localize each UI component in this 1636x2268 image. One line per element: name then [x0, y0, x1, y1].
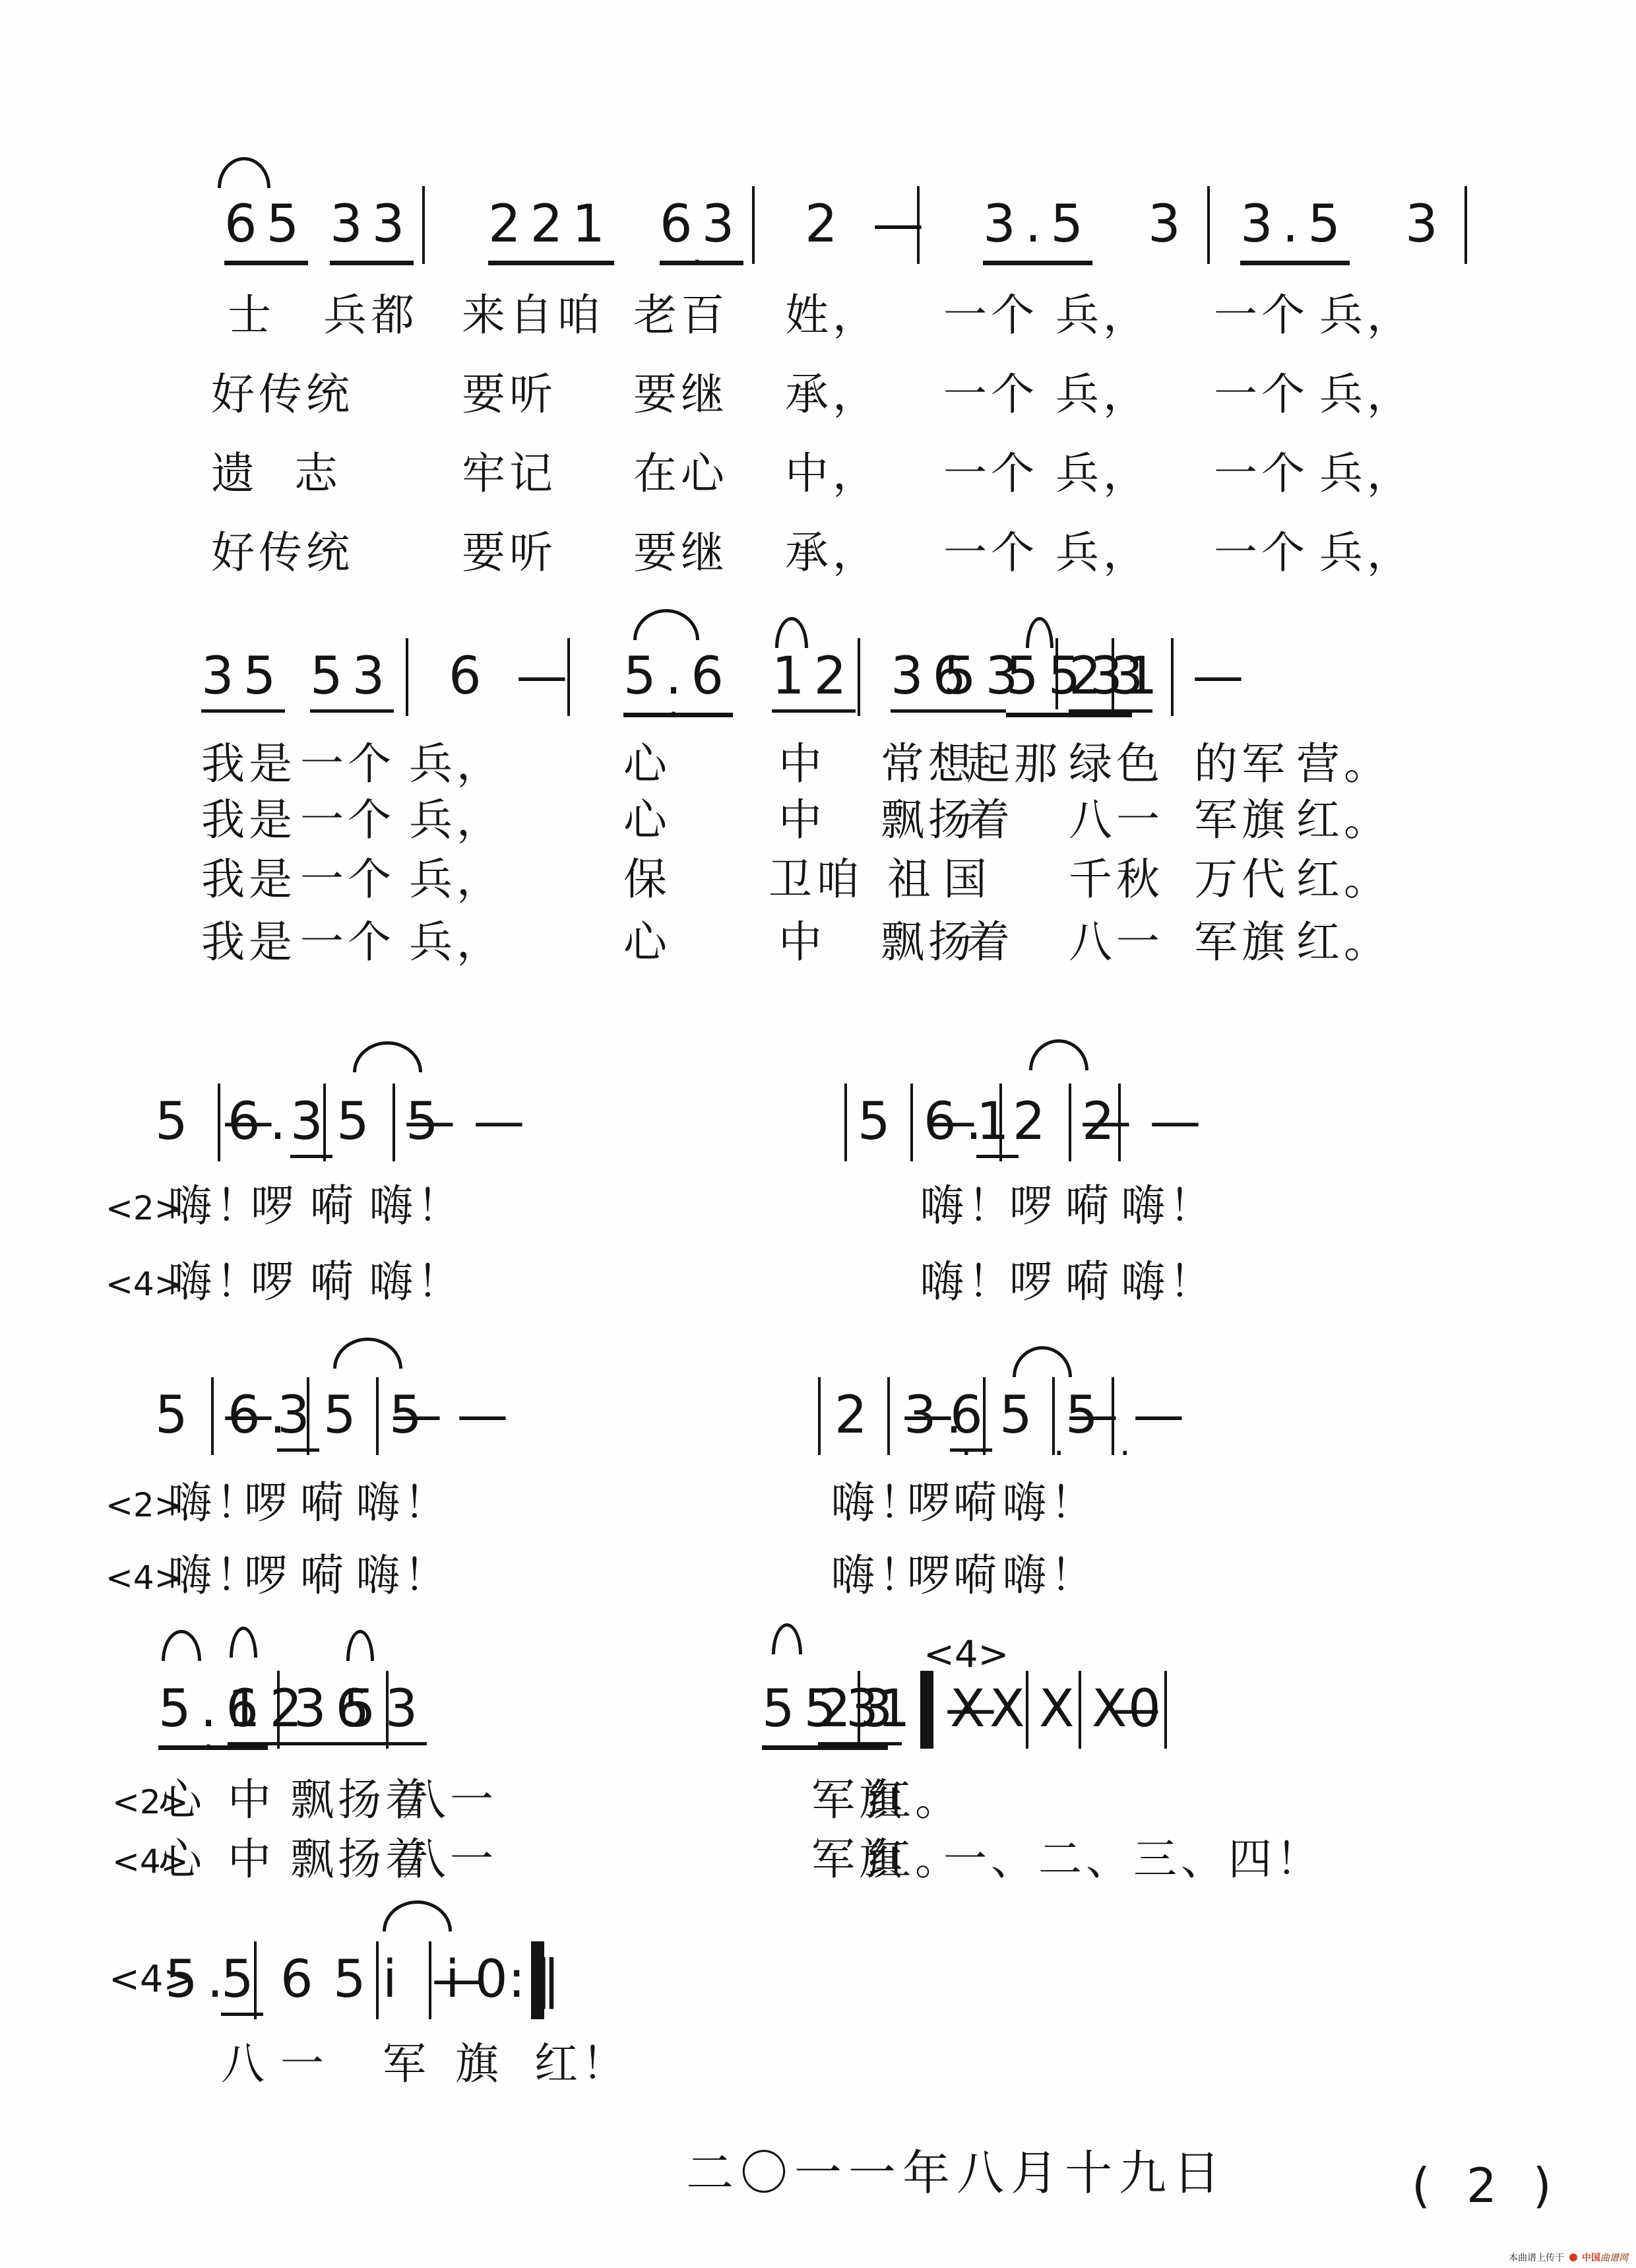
lyric: 万代: [1194, 848, 1289, 911]
count-off-lyric: 一、二、三、四！: [943, 1828, 1323, 1891]
note-group: 5 —: [1065, 1382, 1193, 1448]
lyric: 八一: [402, 1828, 497, 1891]
lyric: 红！: [534, 2032, 629, 2096]
lyric: 嗨！: [369, 1250, 464, 1314]
slur: [230, 1627, 257, 1658]
lyric: 在心: [633, 442, 728, 505]
note-group: 1 —: [1125, 643, 1253, 709]
lyric: 嗬: [953, 1544, 1001, 1607]
lyric: 要继: [633, 521, 728, 585]
lyric: 啰: [244, 1544, 292, 1607]
lyric: 我是: [201, 848, 296, 911]
watermark-brand-a: 中国: [1582, 2253, 1600, 2263]
score-page: 65 33 221 63 2 — 3.5 3 3.5 3 士 兵都 来自咱 老百…: [0, 0, 1636, 2268]
lyric: 士: [228, 284, 275, 347]
lyric: 老百: [633, 284, 728, 347]
barline: [393, 1084, 395, 1161]
lyric: 啰: [1009, 1250, 1057, 1314]
lyric: 兵，: [1055, 442, 1150, 505]
lyric: 心: [158, 1828, 206, 1891]
lyric: 八: [221, 2032, 268, 2096]
barline: [376, 1941, 379, 2019]
lyric-row-4-2: <4> 嗨！ 啰 嗬 嗨！ 嗨！ 啰 嗬 嗨！: [0, 1544, 1636, 1610]
slur: [218, 157, 270, 188]
lyric-row-3-1: <2> 嗨！ 啰 嗬 嗨！ 嗨！ 啰 嗬 嗨！: [0, 1175, 1636, 1241]
slur: [383, 1900, 452, 1931]
watermark-prefix: 本曲谱上传于: [1509, 2253, 1564, 2263]
barline: [323, 1084, 326, 1161]
lyric: 好传统: [211, 363, 354, 426]
lyric-row-1-4: 好传统 要听 要继 承， 一个 兵， 一个 兵，: [0, 521, 1636, 587]
lyric: 心: [623, 911, 671, 974]
lyric: 常想: [881, 732, 976, 796]
slur: [353, 1041, 422, 1072]
lyric: 兵，: [409, 911, 504, 974]
lyric: 一个: [943, 521, 1038, 585]
lyric: 心: [623, 789, 671, 852]
lyric: 嗬: [310, 1250, 358, 1314]
note: 3: [290, 1089, 332, 1158]
slur: [162, 1630, 201, 1661]
note-group: 2 —: [1082, 1089, 1210, 1155]
lyric: 绿色: [1069, 732, 1164, 796]
lyric: 来自咱: [462, 284, 604, 347]
lyric: 我是: [201, 789, 296, 852]
slur: [346, 1630, 374, 1661]
lyric: 千秋: [1069, 848, 1164, 911]
lyric: 中: [228, 1768, 275, 1832]
page-number: ( 2 ): [1412, 2158, 1562, 2213]
lyric: 红。: [1296, 911, 1391, 974]
note: 6: [950, 1382, 992, 1452]
lyric: 心: [623, 732, 671, 796]
composition-date: 二〇一一年八月十九日: [686, 2135, 1227, 2203]
barline: [999, 1084, 1002, 1161]
notation-row-3: 5 — 6. 3 5 — 5 — 5 — 6. 1 2 — 2 —: [0, 1089, 1636, 1161]
barline: [1112, 1377, 1114, 1455]
lyric-row-1-2: 好传统 要听 要继 承， 一个 兵， 一个 兵，: [0, 363, 1636, 429]
barline: [858, 638, 860, 716]
barline: [1118, 1084, 1121, 1161]
lyric: 中: [228, 1828, 275, 1891]
barline: [429, 1941, 431, 2019]
site-watermark: 本曲谱上传于 中国曲谱网: [1509, 2251, 1628, 2264]
lyric: 八一: [1069, 789, 1164, 852]
lyric: 一个: [943, 442, 1038, 505]
lyric: 我是: [201, 732, 296, 796]
lyric: 中: [778, 789, 826, 852]
barline: [818, 1377, 821, 1455]
lyric: 保: [623, 848, 671, 911]
barline: [422, 186, 425, 264]
lyric: 嗨！: [369, 1175, 464, 1238]
barline: [858, 1671, 860, 1749]
lyric: 兵，: [409, 789, 504, 852]
lyric: 红。: [867, 1768, 962, 1832]
barline: [277, 1671, 280, 1749]
lyric: 国: [943, 848, 991, 911]
lyric: 嗬: [1065, 1250, 1113, 1314]
barline: [983, 1377, 986, 1455]
lyric: 嗨！: [1121, 1175, 1216, 1238]
lyric: 兵，: [1055, 284, 1150, 347]
barline: [917, 186, 920, 264]
note: 3: [1405, 191, 1447, 257]
slur: [772, 1623, 802, 1654]
lyric: 啰: [907, 1472, 955, 1535]
note-group: 33: [330, 191, 414, 257]
lyric: 要听: [462, 521, 557, 585]
notation-row-1: 65 33 221 63 2 — 3.5 3 3.5 3: [0, 191, 1636, 264]
lyric: 嗬: [953, 1472, 1001, 1535]
note-group: 65: [224, 191, 308, 257]
barline: [254, 1941, 257, 2019]
lyric: 啰: [907, 1544, 955, 1607]
note-group: 5 —: [389, 1382, 517, 1448]
note-group: 221: [488, 191, 614, 257]
lyric: 兵，: [1055, 521, 1150, 585]
lyric: 兵，: [1055, 363, 1150, 426]
lyric: 嗨！: [356, 1544, 451, 1607]
lyric: 一个: [1214, 521, 1309, 585]
lyric: 兵，: [1319, 284, 1414, 347]
lyric: 嗬: [300, 1544, 348, 1607]
lyric-row-1-1: 士 兵都 来自咱 老百 姓， 一个 兵， 一个 兵，: [0, 284, 1636, 350]
barline: [218, 1084, 220, 1161]
lyric: 嗬: [310, 1175, 358, 1238]
lyric: 承，: [785, 521, 880, 585]
barline: [307, 1377, 309, 1455]
note-group: 35: [201, 643, 285, 713]
lyric: 红。: [1296, 848, 1391, 911]
lyric: 着: [966, 789, 1014, 852]
notation-row-4: 5 — 6. 3 5 — 5 — 2 — 3. 6 5 — 5 —: [0, 1382, 1636, 1455]
note-group: 5 —: [406, 1089, 534, 1155]
barline: [1171, 638, 1174, 716]
lyric: 嗨！: [920, 1250, 1015, 1314]
lyric: 啰: [251, 1250, 298, 1314]
barline: [386, 1671, 389, 1749]
barline: [567, 638, 570, 716]
lyric-row-2-2: 我是 一个 兵， 心 中 飘扬 着 八一 军旗 红。: [0, 789, 1636, 855]
lyric: 嗨！: [168, 1175, 263, 1238]
watermark-brand-b: 曲谱网: [1600, 2253, 1628, 2263]
lyric: 中: [778, 732, 826, 796]
lyric: 好传统: [211, 521, 354, 585]
lyric: 祖: [887, 848, 935, 911]
barline: [752, 186, 755, 264]
lyric: 旗: [455, 2032, 503, 2096]
double-barline: [920, 1671, 933, 1749]
lyric: 的军: [1194, 732, 1289, 796]
lyric: 嗬: [1065, 1175, 1113, 1238]
lyric: 中: [778, 911, 826, 974]
lyric: 兵都: [323, 284, 418, 347]
barline: [1164, 1671, 1167, 1749]
notation-row-6: <4> 5. 5 6 5 i — i 0 :‖: [0, 1947, 1636, 2019]
lyric: 嗨！: [356, 1472, 451, 1535]
notation-row-5: 5.6 12 36 53 553 23 1 — <4> X X X — X 0: [0, 1676, 1636, 1749]
note: 6: [280, 1947, 323, 2013]
lyric: 军旗: [1194, 911, 1289, 974]
lyric: 八一: [1069, 911, 1164, 974]
note: 5: [221, 1947, 263, 2016]
lyric: 兵，: [1319, 442, 1414, 505]
note: 5: [333, 1947, 375, 2013]
lyric-row-4-1: <2> 嗨！ 啰 嗬 嗨！ 嗨！ 啰 嗬 嗨！: [0, 1472, 1636, 1538]
lyric: 兵，: [409, 732, 504, 796]
lyric: 姓，: [785, 284, 880, 347]
lyric: 心: [158, 1768, 206, 1832]
lyric: 中，: [785, 442, 880, 505]
lyric: 红。: [1296, 789, 1391, 852]
lyric: 军: [383, 2032, 430, 2096]
lyric: 着: [966, 911, 1014, 974]
lyric: 嗨！: [1003, 1544, 1098, 1607]
lyric: 飘扬: [881, 789, 976, 852]
lyric: 啰: [244, 1472, 292, 1535]
barline: [887, 1377, 890, 1455]
barline: [1026, 1671, 1028, 1749]
lyric-row-1-3: 遗志 牢记 在心 中， 一个 兵， 一个 兵，: [0, 442, 1636, 508]
barline: [1079, 1671, 1081, 1749]
lyric: 啰: [251, 1175, 298, 1238]
lyric: 一个: [943, 284, 1038, 347]
lyric-row-2-4: 我是 一个 兵， 心 中 飘扬 着 八一 军旗 红。: [0, 911, 1636, 977]
lyric: 要听: [462, 363, 557, 426]
lyric: 一个: [300, 732, 395, 796]
lyric: 嗨！: [1003, 1472, 1098, 1535]
lyric: 嗬: [300, 1472, 348, 1535]
lyric: 八一: [402, 1768, 497, 1832]
note: 3: [277, 1382, 319, 1452]
slur: [333, 1338, 402, 1369]
note-group: 53: [343, 1676, 427, 1745]
site-logo-icon: [1569, 2253, 1577, 2261]
lyric: 一个: [1214, 284, 1309, 347]
lyric: 一个: [300, 789, 395, 852]
lyric-row-5-2: <4> 心 中 飘扬着 八一 军旗 红。 一、二、三、四！: [0, 1828, 1636, 1894]
lyric-row-3-2: <4> 嗨！ 啰 嗬 嗨！ 嗨！ 啰 嗬 嗨！: [0, 1250, 1636, 1316]
barline: [1207, 186, 1210, 264]
lyric: 要继: [633, 363, 728, 426]
note: 3: [1148, 191, 1190, 257]
note-group: 3.5: [983, 191, 1092, 257]
slur: [1029, 1039, 1088, 1070]
barline: [844, 1084, 847, 1161]
lyric: 飘扬: [881, 911, 976, 974]
lyric: 军旗: [1194, 789, 1289, 852]
note-group: 2 —: [805, 191, 933, 257]
note-group: 6 —: [449, 643, 577, 709]
lyric: 一个: [1214, 363, 1309, 426]
lyric: 一个: [1214, 442, 1309, 505]
rhythm-section-label: <4>: [924, 1635, 1009, 1675]
barline: [211, 1377, 214, 1455]
barline: [910, 1084, 913, 1161]
lyric: 一: [280, 2032, 328, 2096]
lyric: 我是: [201, 911, 296, 974]
lyric: 遗志: [211, 442, 377, 505]
barline: [406, 638, 408, 716]
lyric-row-6-1: 八 一 军 旗 红！: [0, 2032, 1636, 2098]
lyric: 起那: [966, 732, 1061, 796]
barline: [1052, 1377, 1055, 1455]
lyric-row-5-1: <2> 心 中 飘扬着 八一 军旗 红。: [0, 1768, 1636, 1834]
lyric: 啰: [1009, 1175, 1057, 1238]
slur: [1013, 1346, 1072, 1377]
barline: [376, 1377, 379, 1455]
repeat-barline: [531, 1941, 544, 2019]
note-group: 5.6: [623, 643, 733, 709]
barline: [1112, 638, 1114, 716]
note: i: [445, 1947, 469, 2013]
lyric-row-2-3: 我是 一个 兵， 保 卫咱 祖 国 千秋 万代 红。: [0, 848, 1636, 914]
notation-row-2: 35 53 6 — 5.6 12 36 53 553 23 1 —: [0, 643, 1636, 716]
lyric: 承，: [785, 363, 880, 426]
lyric: 嗨！: [168, 1250, 263, 1314]
lyric: 一个: [300, 848, 395, 911]
note-group: 3.5: [1240, 191, 1350, 257]
note-group: 63: [660, 191, 743, 257]
lyric: 兵，: [1319, 521, 1414, 585]
lyric: 一个: [943, 363, 1038, 426]
lyric: 兵，: [1319, 363, 1414, 426]
barline: [1069, 1084, 1071, 1161]
barline: [1464, 186, 1467, 264]
note: 6.: [228, 1089, 295, 1155]
rhythm-beat: X: [950, 1676, 994, 1742]
lyric: 兵，: [409, 848, 504, 911]
lyric: 卫咱: [769, 848, 864, 911]
note-group: 12: [772, 643, 856, 713]
slur: [633, 609, 699, 640]
note-group: 53: [310, 643, 394, 713]
lyric: 牢记: [462, 442, 557, 505]
lyric: 营。: [1296, 732, 1391, 796]
lyric: 一个: [300, 911, 395, 974]
lyric: 嗨！: [920, 1175, 1015, 1238]
lyric: 嗨！: [1121, 1250, 1216, 1314]
